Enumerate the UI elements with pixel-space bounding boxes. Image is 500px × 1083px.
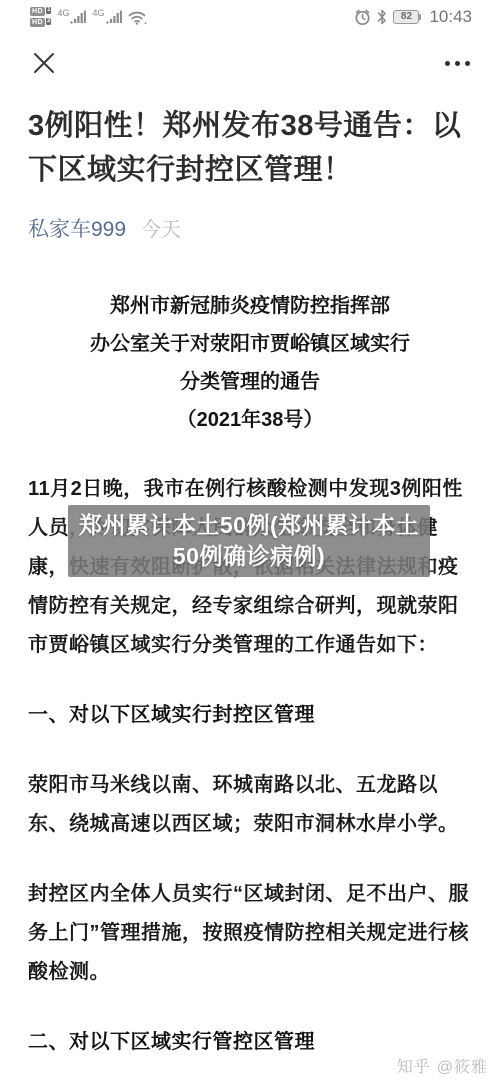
- battery-nub: [419, 14, 421, 20]
- bluetooth-icon: [377, 9, 387, 25]
- hd2-sim-number: 2: [46, 18, 51, 25]
- author-link[interactable]: 私家车999: [28, 213, 126, 243]
- overlay-caption-text: 郑州累计本土50例(郑州累计本土50例确诊病例): [68, 510, 430, 572]
- status-left-cluster: HD 1 HD 2 4G 4G: [30, 7, 147, 27]
- doc-heading-line: 分类管理的通告: [0, 363, 500, 401]
- doc-heading-line: 郑州市新冠肺炎疫情防控指挥部: [0, 287, 500, 325]
- paragraph-area-list: 荥阳市马米线以南、环城南路以北、五龙路以东、绕城高速以西区域；荥阳市洞林水岸小学…: [28, 766, 472, 844]
- watermark-brand: 知乎: [397, 1054, 431, 1077]
- hd2-badge: HD 2: [30, 18, 51, 27]
- signal-bars-icon: [106, 10, 122, 24]
- status-bar: HD 1 HD 2 4G 4G: [0, 0, 500, 32]
- battery-level: 82: [393, 10, 419, 24]
- more-menu-icon[interactable]: [445, 55, 470, 72]
- doc-heading-line: （2021年38号）: [0, 401, 500, 439]
- alarm-clock-icon: [354, 9, 371, 26]
- watermark-author: @筱雅: [437, 1054, 488, 1077]
- document-heading: 郑州市新冠肺炎疫情防控指挥部 办公室关于对荥阳市贾峪镇区域实行 分类管理的通告 …: [0, 287, 500, 439]
- close-icon[interactable]: [30, 49, 58, 77]
- watermark: 知乎 @筱雅: [397, 1054, 488, 1077]
- article: 3例阳性！郑州发布38号通告：以下区域实行封控区管理！ 私家车999 今天 郑州…: [0, 94, 500, 1062]
- status-right-cluster: 82 10:43: [354, 7, 472, 27]
- overlay-caption-box: 郑州累计本土50例(郑州累计本土50例确诊病例): [68, 505, 430, 577]
- hd1-sim-number: 1: [46, 7, 51, 14]
- phone-screen: HD 1 HD 2 4G 4G: [0, 0, 500, 1083]
- byline: 私家车999 今天: [28, 213, 472, 243]
- sim2-network-label: 4G: [92, 9, 104, 18]
- section-heading-1: 一、对以下区域实行封控区管理: [28, 696, 472, 735]
- nav-bar: [0, 32, 500, 94]
- hd1-badge: HD 1: [30, 7, 51, 16]
- battery-icon: 82: [393, 10, 421, 24]
- hd1-label: HD: [30, 7, 45, 16]
- hd-badge-icon: HD 1 HD 2: [30, 7, 51, 27]
- sim2-signal: 4G: [92, 10, 121, 24]
- sim1-signal: 4G: [57, 10, 86, 24]
- wifi-icon: [128, 10, 147, 25]
- status-time: 10:43: [429, 7, 472, 27]
- publish-date: 今天: [141, 213, 181, 242]
- article-title: 3例阳性！郑州发布38号通告：以下区域实行封控区管理！: [28, 104, 472, 192]
- paragraph-control-measures: 封控区内全体人员实行“区域封闭、足不出户、服务上门”管理措施，按照疫情防控相关规…: [28, 875, 472, 992]
- sim1-network-label: 4G: [57, 9, 69, 18]
- doc-heading-line: 办公室关于对荥阳市贾峪镇区域实行: [0, 325, 500, 363]
- hd2-label: HD: [30, 18, 45, 27]
- signal-bars-icon: [70, 10, 86, 24]
